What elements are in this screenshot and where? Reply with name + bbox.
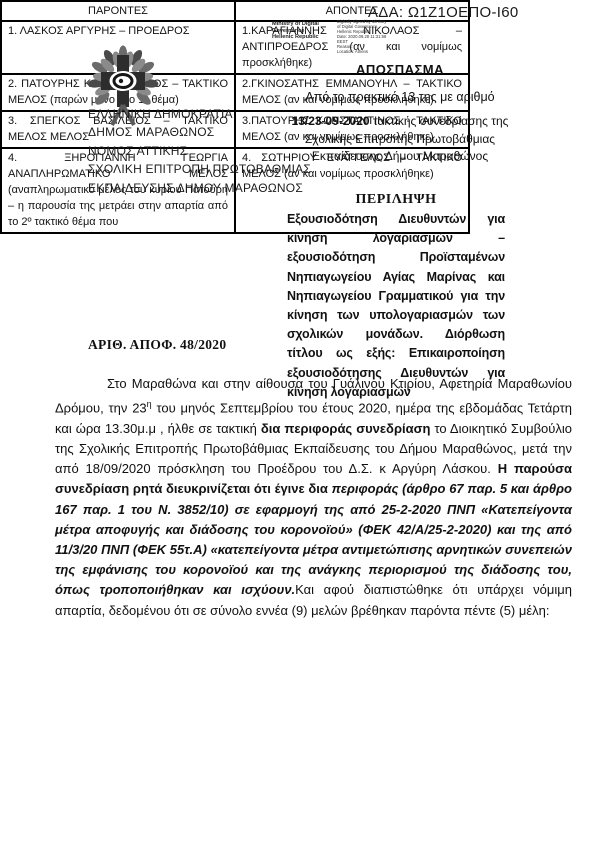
summary-section: ΠΕΡΙΛΗΨΗ Εξουσιοδότηση Διευθυντών για κί… <box>287 192 505 402</box>
summary-heading: ΠΕΡΙΛΗΨΗ <box>287 192 505 208</box>
ministry-stamp-line: Governance <box>272 28 336 35</box>
meeting-number: 13/23-09-2020 <box>292 114 370 128</box>
document-page: ΑΔΑ: Ω1Ζ1ΟΕΠΟ-Ι60 Ministry of Digital Go… <box>0 0 595 842</box>
ministry-stamp-line: Hellenic Republic <box>272 34 336 41</box>
body-segment: περιφοράς (άρθρο 67 παρ. 5 και άρθρο 167… <box>55 481 572 597</box>
meeting-reference: 13/23-09-2020 τακτικής συνεδρίασης της Σ… <box>288 113 512 166</box>
org-line: ΔΗΜΟΣ ΜΑΡΑΘΩΝΟΣ <box>88 123 311 141</box>
ministry-stamp-line: Ministry of Digital <box>272 21 336 28</box>
organization-block: ΕΛΛΗΝΙΚΗ ΔΗΜΟΚΡΑΤΙΑ ΔΗΜΟΣ ΜΑΡΑΘΩΝΟΣ ΝΟΜΟ… <box>88 105 311 197</box>
signature-line: Location: Athens <box>337 49 427 54</box>
document-subtitle: Από το πρακτικό 13 της με αριθμό <box>288 90 512 104</box>
body-segment: δια περιφοράς συνεδρίαση <box>261 421 431 436</box>
org-line: ΕΛΛΗΝΙΚΗ ΔΗΜΟΚΡΑΤΙΑ <box>88 105 311 123</box>
org-line: ΕΚΠΑΙΔΕΥΣΗΣ ΔΗΜΟΥ ΜΑΡΑΘΩΝΟΣ <box>88 179 311 197</box>
digital-signature-block: Digitally signed by Ministry of Digital … <box>337 19 427 54</box>
org-line: ΝΟΜΟΣ ΑΤΤΙΚΗΣ <box>88 142 311 160</box>
decision-number: ΑΡΙΘ. ΑΠΟΦ. 48/2020 <box>88 337 226 353</box>
body-paragraph: Στο Μαραθώνα και στην αίθουσα του Γυάλιν… <box>55 374 572 621</box>
document-title: ΑΠΟΣΠΑΣΜΑ <box>288 62 512 77</box>
ministry-stamp: Ministry of Digital Governance Hellenic … <box>272 21 336 41</box>
present-column-header: ΠΑΡΟΝΤΕΣ <box>1 1 235 21</box>
header-right-column: ΑΠΟΣΠΑΣΜΑ Από το πρακτικό 13 της με αριθ… <box>288 62 512 166</box>
org-line: ΣΧΟΛΙΚΗ ΕΠΙΤΡΟΠΗ ΠΡΩΤΟΒΑΘΜΙΑΣ <box>88 160 311 178</box>
